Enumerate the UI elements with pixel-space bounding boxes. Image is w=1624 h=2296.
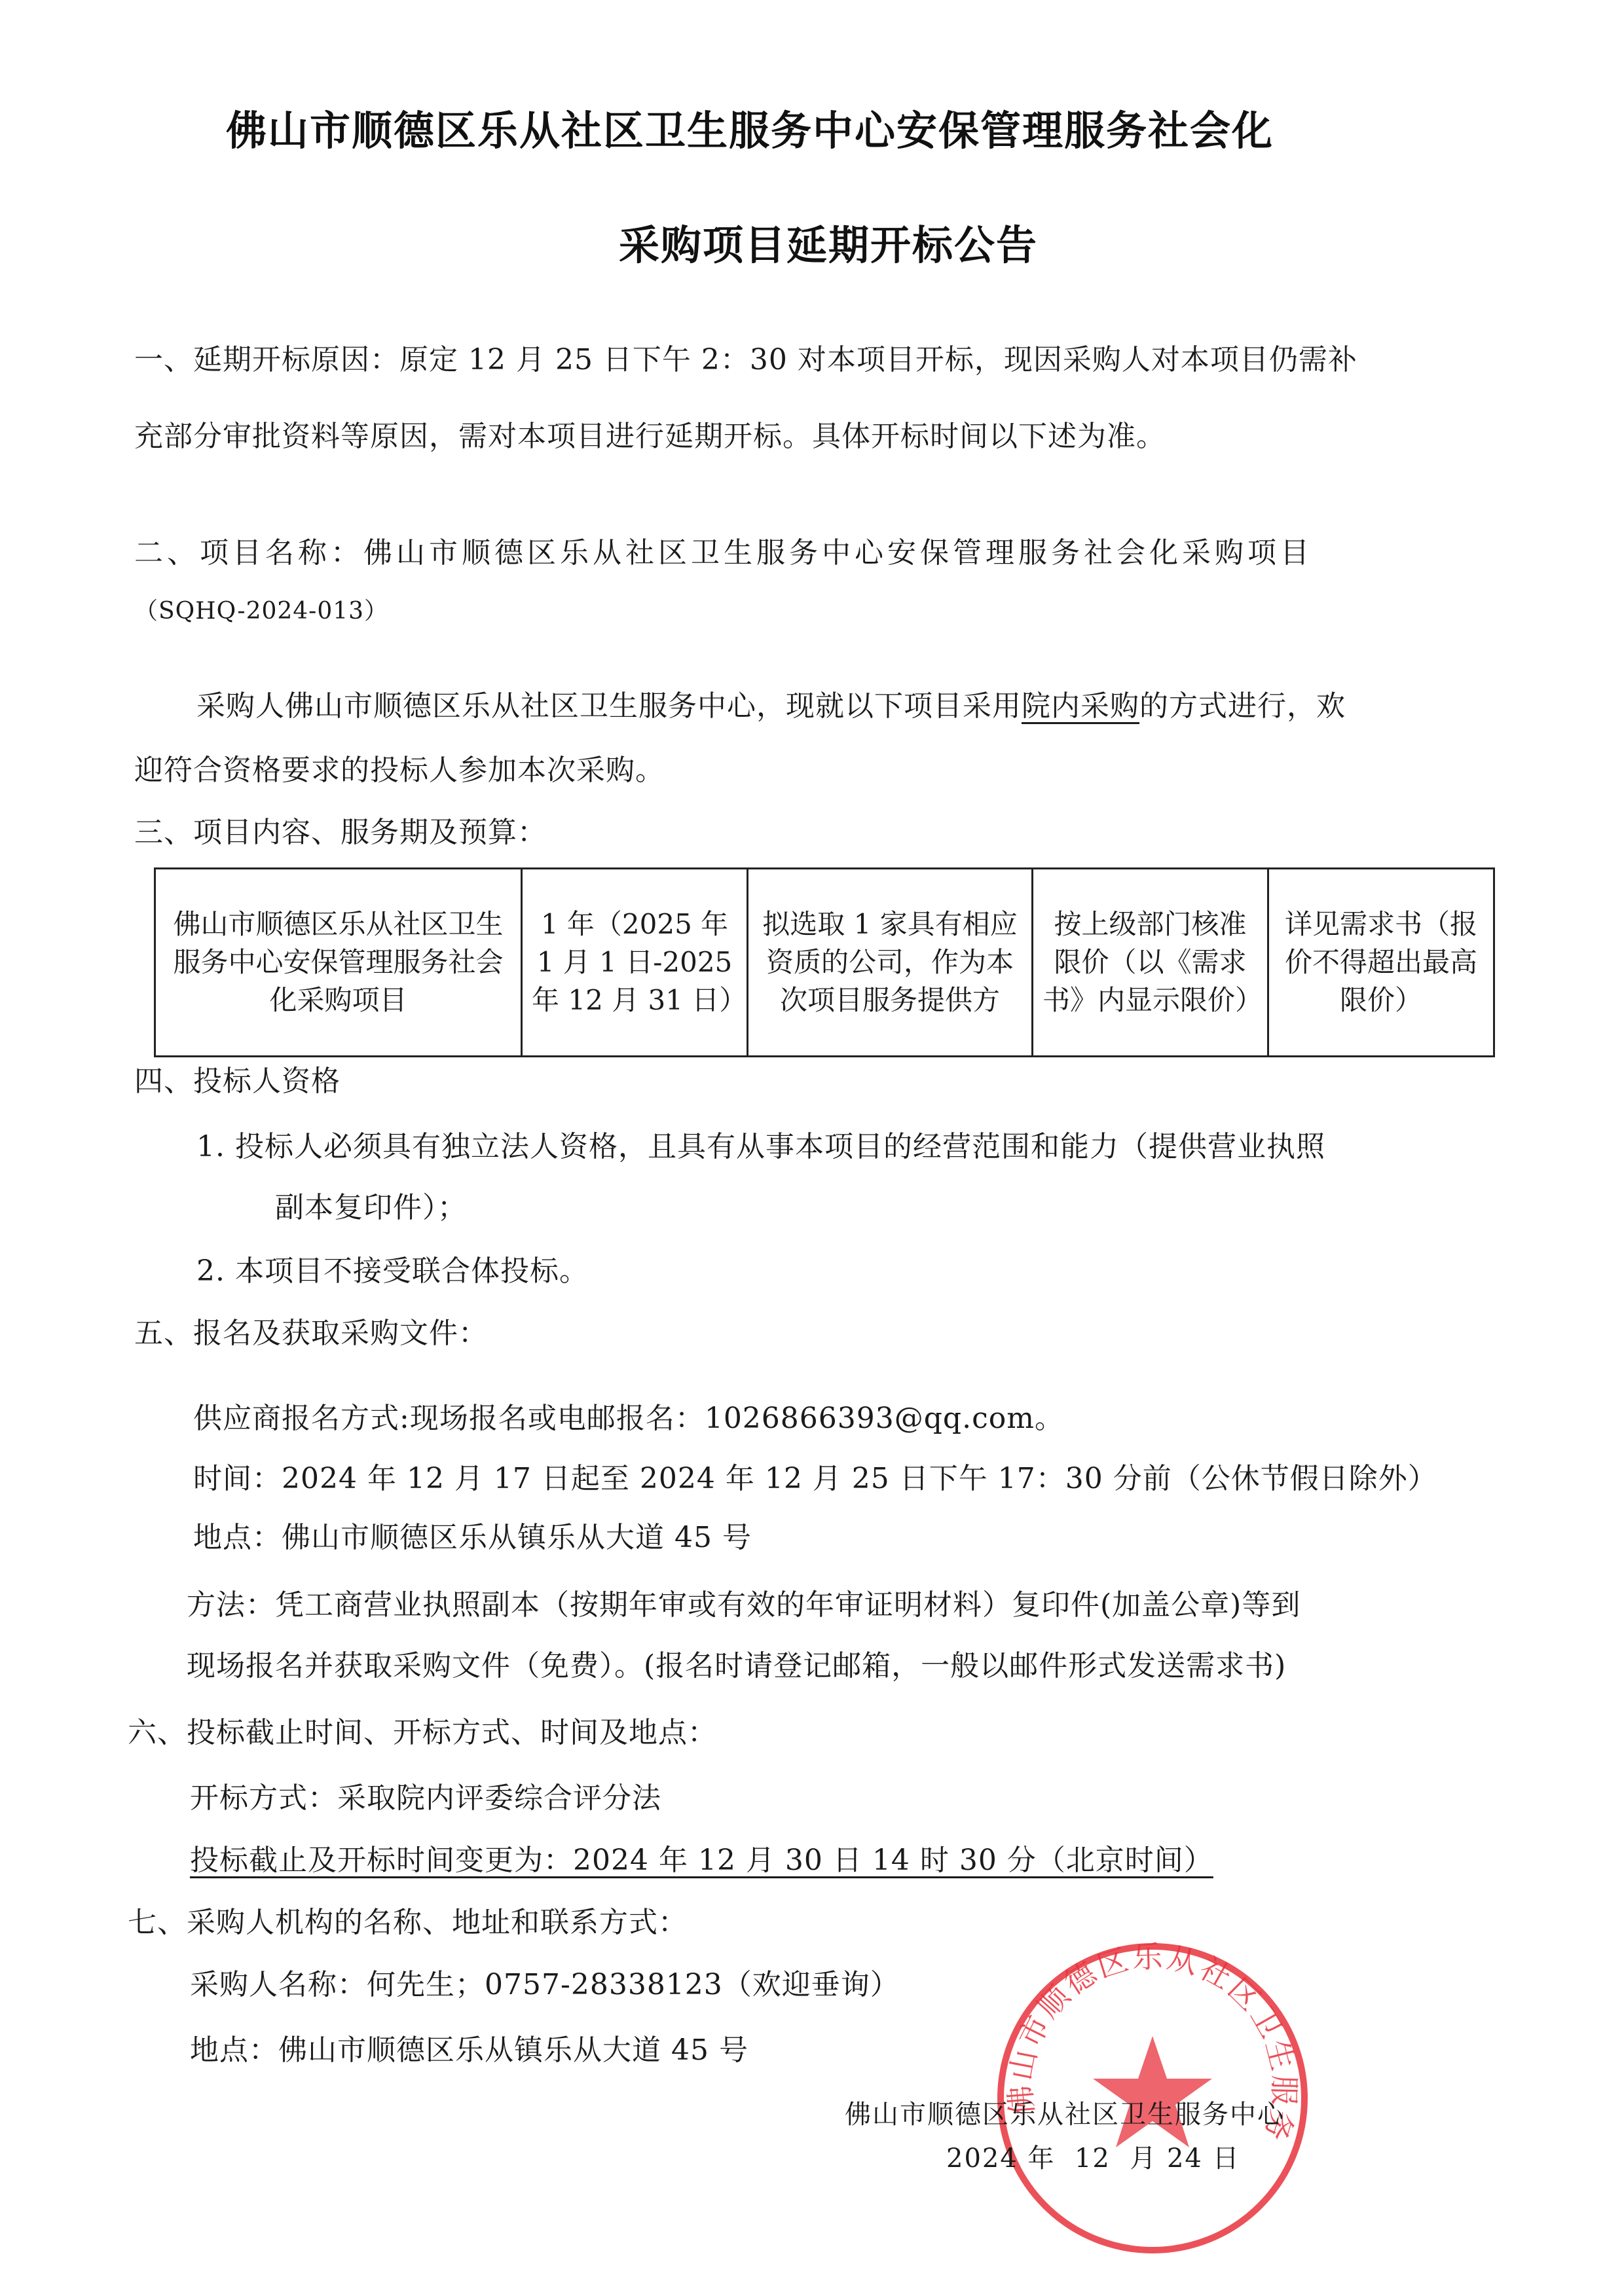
budget-cell: 详见需求书（报价不得超出最高限价） bbox=[1268, 869, 1494, 1057]
intro-text-before: 采购人佛山市顺德区乐从社区卫生服务中心，现就以下项目采用 bbox=[196, 689, 1022, 723]
project-name: 佛山市顺德区乐从社区卫生服务中心安保管理服务社会化采购项目 bbox=[363, 536, 1313, 570]
changed-bid-opening-time: 投标截止及开标时间变更为：2024 年 12 月 30 日 14 时 30 分（… bbox=[190, 1836, 1213, 1878]
section1-text-line1: 原定 12 月 25 日下午 2：30 对本项目开标，现因采购人对本项目仍需补 bbox=[399, 343, 1357, 376]
purchaser-contact: 采购人名称：何先生；0757-28338123（欢迎垂询） bbox=[190, 1961, 900, 2003]
section2-heading: 二、项目名称： bbox=[134, 536, 363, 570]
section1-text-line2: 充部分审批资料等原因，需对本项目进行延期开标。具体开标时间以下述为准。 bbox=[134, 412, 1166, 454]
procurement-method: 院内采购 bbox=[1022, 689, 1139, 723]
intro-text-after: 的方式进行，欢 bbox=[1139, 689, 1346, 723]
registration-method: 供应商报名方式:现场报名或电邮报名：1026866393@qq.com。 bbox=[193, 1394, 1064, 1436]
intro-line2: 迎符合资格要求的投标人参加本次采购。 bbox=[134, 746, 665, 788]
section1-heading: 一、延期开标原因： bbox=[134, 343, 399, 376]
bid-opening-method: 开标方式：采取院内评委综合评分法 bbox=[190, 1774, 661, 1816]
document-title-line1: 佛山市顺德区乐从社区卫生服务中心安保管理服务社会化 bbox=[226, 98, 1274, 156]
registration-method-detail-line2: 现场报名并获取采购文件（免费）。(报名时请登记邮箱，一般以邮件形式发送需求书) bbox=[187, 1642, 1286, 1684]
document-title-line2: 采购项目延期开标公告 bbox=[619, 213, 1038, 271]
section1-line1: 一、延期开标原因：原定 12 月 25 日下午 2：30 对本项目开标，现因采购… bbox=[134, 336, 1357, 378]
project-code: （SQHQ-2024-013） bbox=[134, 592, 388, 626]
purchaser-location: 地点：佛山市顺德区乐从镇乐从大道 45 号 bbox=[190, 2026, 748, 2068]
section6-heading: 六、投标截止时间、开标方式、时间及地点： bbox=[128, 1709, 717, 1751]
service-period-cell: 1 年（2025 年 1 月 1 日-2025 年 12 月 31 日） bbox=[522, 869, 748, 1057]
qualification-item-1-line1: 1. 投标人必须具有独立法人资格，且具有从事本项目的经营范围和能力（提供营业执照 bbox=[196, 1123, 1325, 1165]
section4-heading: 四、投标人资格 bbox=[134, 1057, 341, 1099]
registration-method-detail-line1: 方法：凭工商营业执照副本（按期年审或有效的年审证明材料）复印件(加盖公章)等到 bbox=[187, 1581, 1301, 1623]
section2-line: 二、项目名称：佛山市顺德区乐从社区卫生服务中心安保管理服务社会化采购项目 bbox=[134, 529, 1313, 571]
registration-time: 时间：2024 年 12 月 17 日起至 2024 年 12 月 25 日下午… bbox=[193, 1455, 1437, 1497]
qualification-item-1-line2: 副本复印件）； bbox=[275, 1184, 467, 1226]
signing-date: 2024 年 12 月 24 日 bbox=[946, 2138, 1240, 2175]
section5-heading: 五、报名及获取采购文件： bbox=[134, 1309, 488, 1351]
supplier-cell: 拟选取 1 家具有相应资质的公司，作为本次项目服务提供方 bbox=[748, 869, 1033, 1057]
qualification-item-2: 2. 本项目不接受联合体投标。 bbox=[196, 1247, 589, 1289]
intro-line1: 采购人佛山市顺德区乐从社区卫生服务中心，现就以下项目采用院内采购的方式进行，欢 bbox=[196, 682, 1346, 724]
signing-organization: 佛山市顺德区乐从社区卫生服务中心 bbox=[845, 2094, 1285, 2131]
section3-heading: 三、项目内容、服务期及预算： bbox=[134, 809, 547, 850]
registration-location: 地点：佛山市顺德区乐从镇乐从大道 45 号 bbox=[193, 1514, 752, 1556]
table-row: 佛山市顺德区乐从社区卫生服务中心安保管理服务社会化采购项目 1 年（2025 年… bbox=[155, 869, 1494, 1057]
price-limit-cell: 按上级部门核准限价（以《需求书》内显示限价） bbox=[1033, 869, 1268, 1057]
budget-table: 佛山市顺德区乐从社区卫生服务中心安保管理服务社会化采购项目 1 年（2025 年… bbox=[154, 867, 1495, 1057]
project-cell: 佛山市顺德区乐从社区卫生服务中心安保管理服务社会化采购项目 bbox=[155, 869, 522, 1057]
section7-heading: 七、采购人机构的名称、地址和联系方式： bbox=[128, 1899, 688, 1941]
